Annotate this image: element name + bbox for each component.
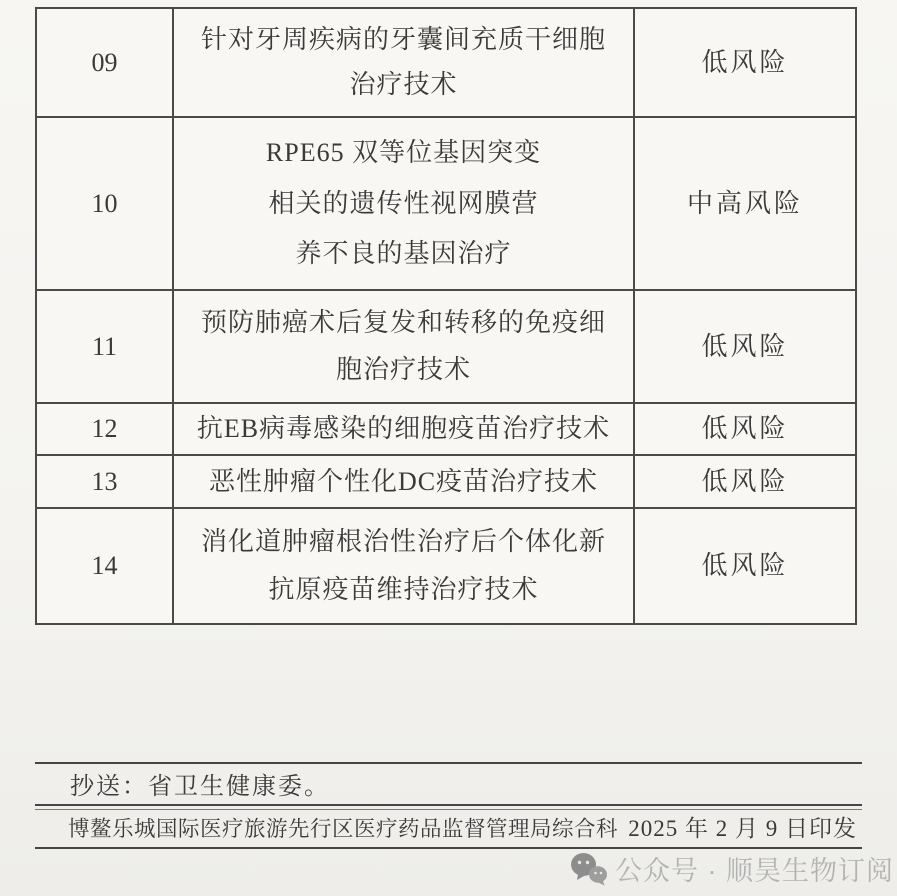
risk-level-table: 09 针对牙周疾病的牙囊间充质干细胞 治疗技术 低风险 10 RPE65 双等位… — [35, 7, 857, 625]
watermark-text: 公众号 · 顺昊生物订阅 — [615, 849, 894, 888]
technology-name: RPE65 双等位基因突变 相关的遗传性视网膜营 养不良的基因治疗 — [174, 118, 635, 289]
row-number: 12 — [37, 404, 174, 454]
technology-name-line: 胞治疗技术 — [336, 355, 471, 385]
table-row: 11 预防肺癌术后复发和转移的免疫细 胞治疗技术 低风险 — [37, 291, 855, 404]
table-row: 14 消化道肿瘤根治性治疗后个体化新 抗原疫苗维持治疗技术 低风险 — [37, 509, 855, 623]
technology-name-line: 养不良的基因治疗 — [295, 239, 511, 269]
risk-level: 中高风险 — [635, 118, 855, 289]
row-number: 09 — [37, 9, 174, 116]
technology-name-line: 预防肺癌术后复发和转移的免疫细 — [201, 308, 606, 338]
row-number: 10 — [37, 118, 174, 289]
risk-level: 低风险 — [635, 404, 855, 454]
divider — [35, 804, 862, 806]
technology-name-line: 恶性肿瘤个性化DC疫苗治疗技术 — [209, 467, 598, 497]
table-row: 12 抗EB病毒感染的细胞疫苗治疗技术 低风险 — [37, 404, 855, 456]
technology-name: 针对牙周疾病的牙囊间充质干细胞 治疗技术 — [174, 9, 635, 116]
print-line: 博鳌乐城国际医疗旅游先行区医疗药品监督管理局综合科 2025 年 2 月 9 日… — [68, 814, 857, 844]
table-row: 13 恶性肿瘤个性化DC疫苗治疗技术 低风险 — [37, 456, 855, 509]
wechat-icon — [570, 852, 608, 886]
issuing-office: 博鳌乐城国际医疗旅游先行区医疗药品监督管理局综合科 — [68, 814, 618, 844]
cc-line: 抄送：省卫生健康委。 — [70, 770, 330, 804]
row-number: 14 — [37, 509, 174, 623]
risk-level: 低风险 — [635, 509, 855, 623]
row-number: 13 — [37, 456, 174, 507]
technology-name-line: 针对牙周疾病的牙囊间充质干细胞 — [201, 25, 606, 55]
technology-name: 预防肺癌术后复发和转移的免疫细 胞治疗技术 — [174, 291, 635, 402]
technology-name: 抗EB病毒感染的细胞疫苗治疗技术 — [174, 404, 635, 454]
account-watermark: 公众号 · 顺昊生物订阅 — [570, 849, 894, 888]
technology-name-line: 抗原疫苗维持治疗技术 — [268, 575, 538, 605]
technology-name: 恶性肿瘤个性化DC疫苗治疗技术 — [174, 456, 635, 507]
scanned-document-page: 09 针对牙周疾病的牙囊间充质干细胞 治疗技术 低风险 10 RPE65 双等位… — [0, 0, 897, 896]
row-number: 11 — [37, 291, 174, 402]
print-date: 2025 年 2 月 9 日印发 — [628, 814, 857, 844]
risk-level: 低风险 — [635, 291, 855, 402]
divider — [35, 809, 862, 810]
table-row: 09 针对牙周疾病的牙囊间充质干细胞 治疗技术 低风险 — [37, 9, 855, 118]
divider — [35, 762, 862, 764]
technology-name-line: 治疗技术 — [349, 70, 457, 100]
technology-name-line: 相关的遗传性视网膜营 — [268, 189, 538, 219]
risk-level: 低风险 — [635, 9, 855, 116]
technology-name: 消化道肿瘤根治性治疗后个体化新 抗原疫苗维持治疗技术 — [174, 509, 635, 623]
risk-level: 低风险 — [635, 456, 855, 507]
table-row: 10 RPE65 双等位基因突变 相关的遗传性视网膜营 养不良的基因治疗 中高风… — [37, 118, 855, 291]
technology-name-line: RPE65 双等位基因突变 — [266, 138, 541, 168]
technology-name-line: 消化道肿瘤根治性治疗后个体化新 — [201, 527, 606, 557]
technology-name-line: 抗EB病毒感染的细胞疫苗治疗技术 — [197, 414, 610, 444]
